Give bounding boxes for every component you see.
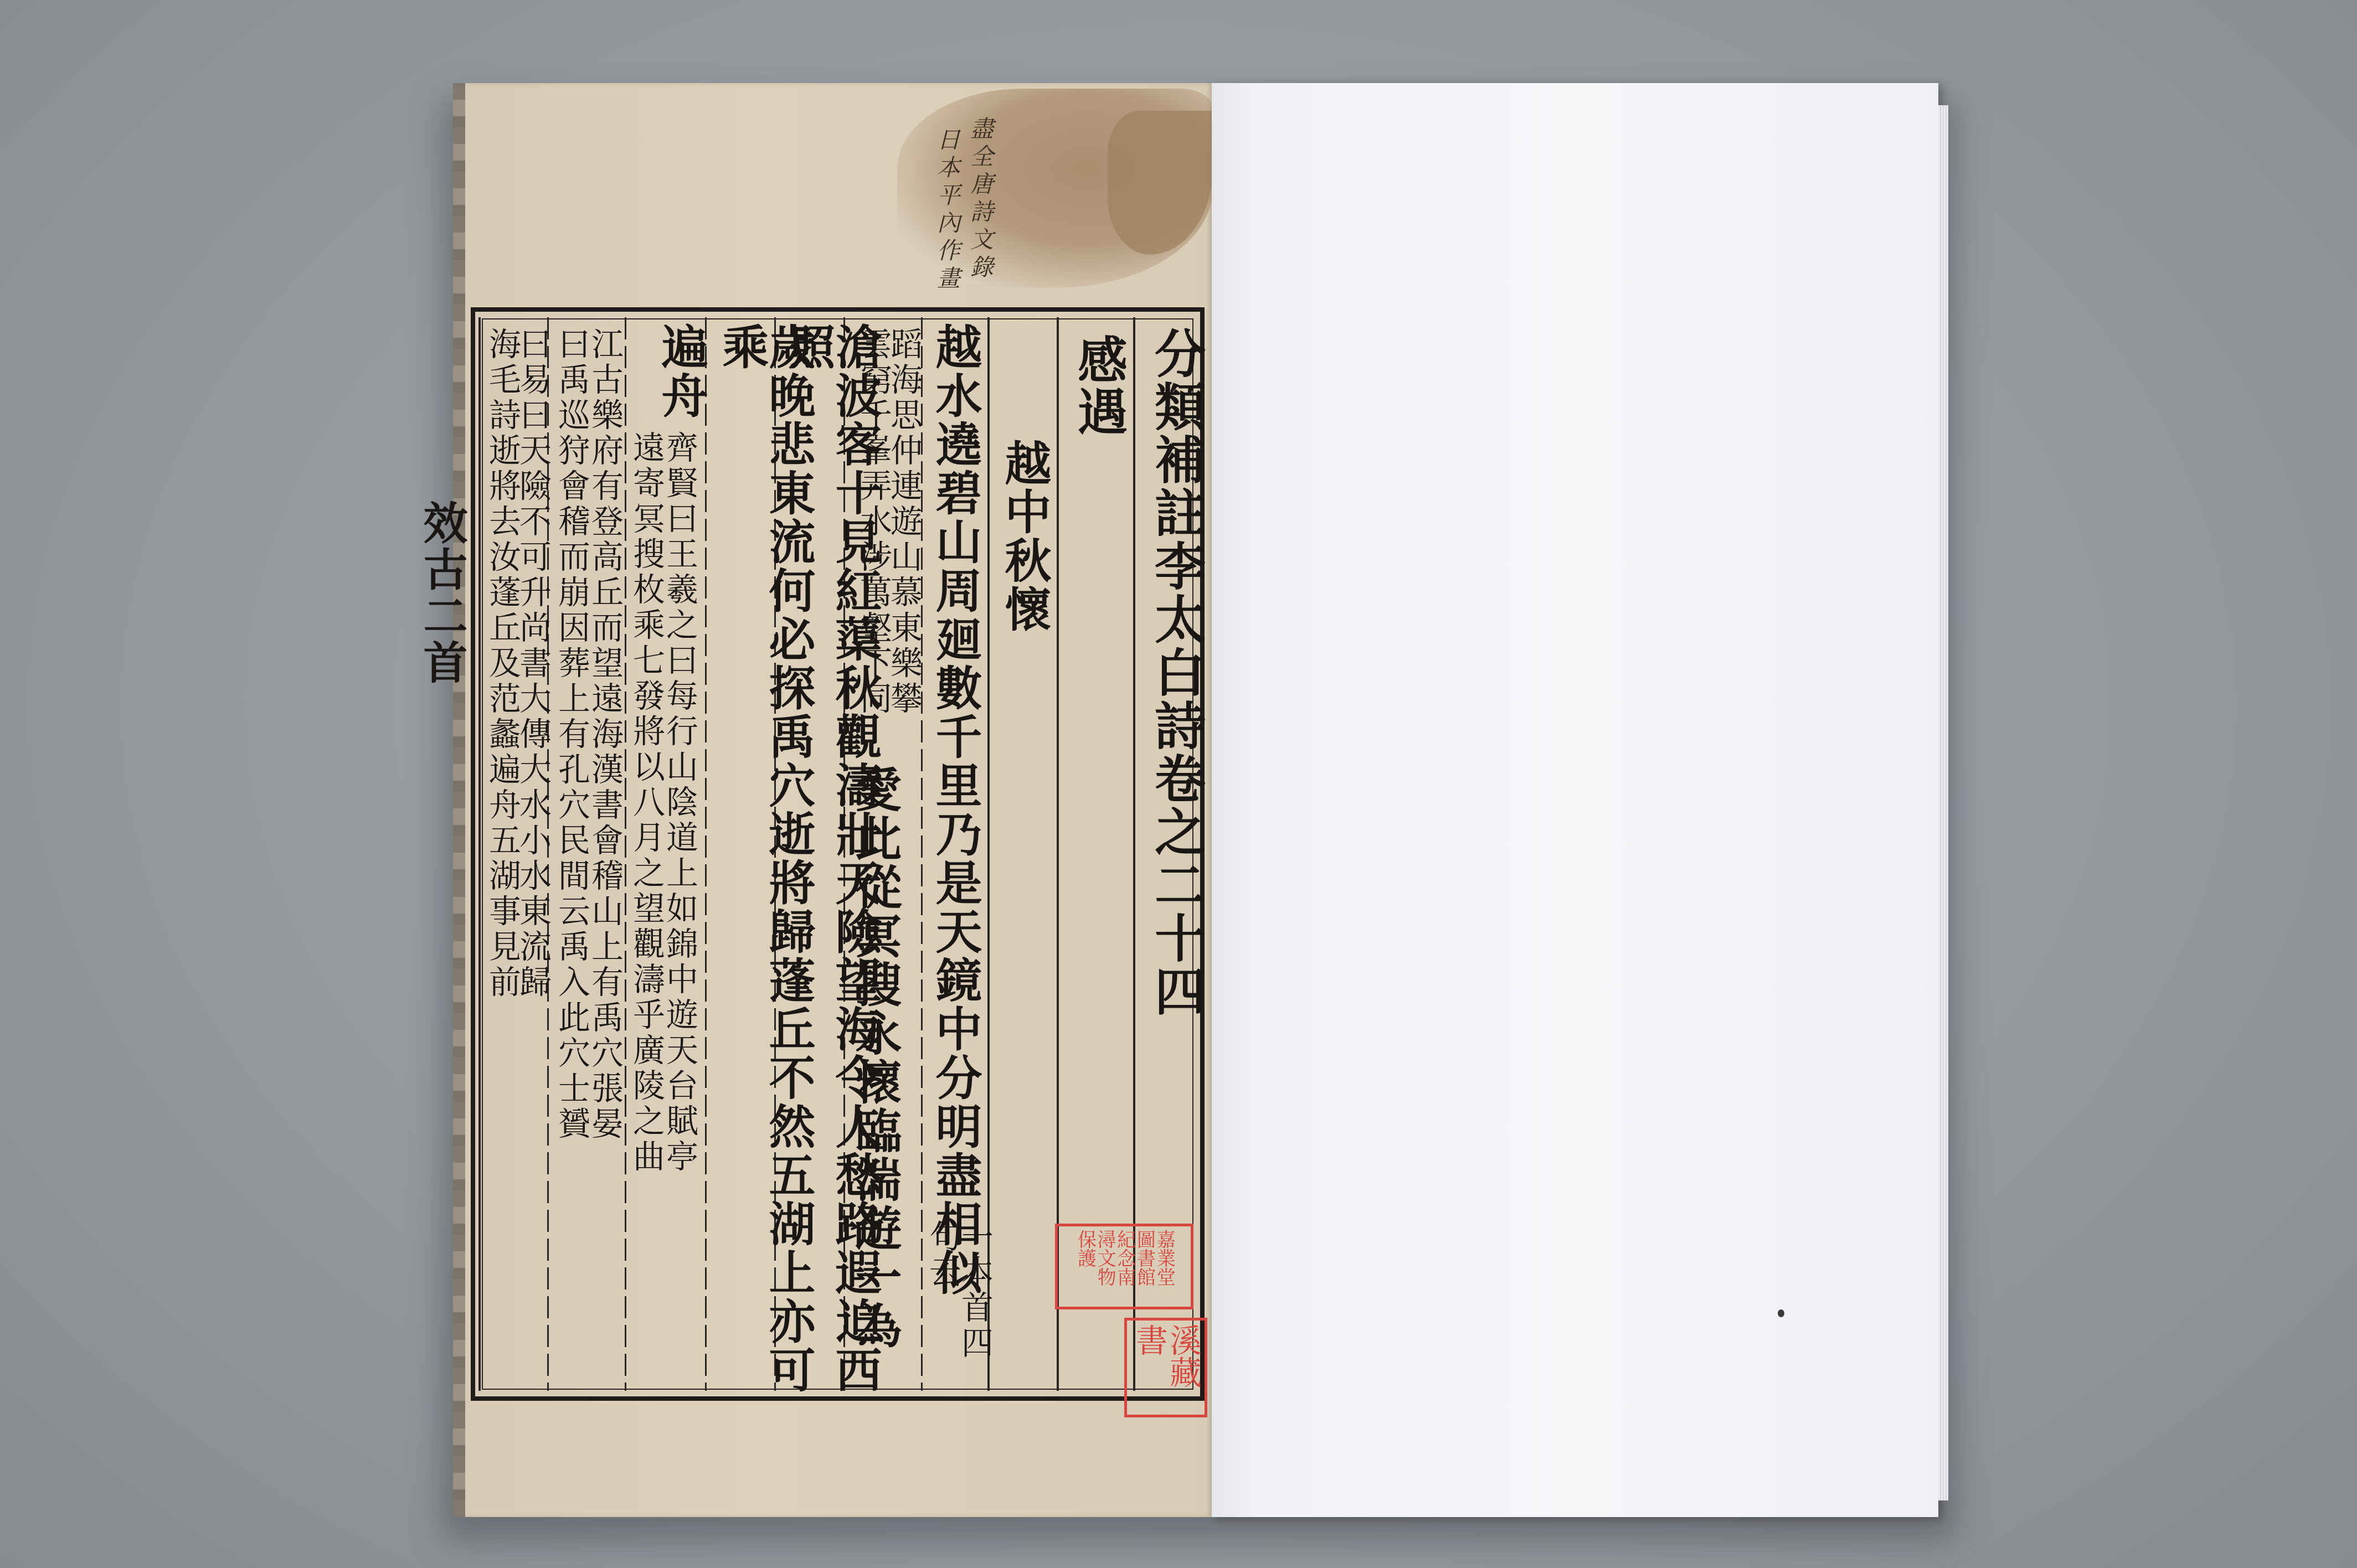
paper-speck xyxy=(1778,1309,1784,1317)
handwritten-note-line2: 日本平內作畫 xyxy=(930,127,964,293)
annotation: 齊賢曰王羲之曰每行山陰道上如錦中遊天台賦亭 xyxy=(663,431,696,1175)
column-rule xyxy=(705,317,707,1391)
handwritten-note-line1: 盡全唐詩文錄 xyxy=(964,116,997,282)
poem-line: 遍舟 xyxy=(658,323,704,420)
annotation: 遠寄冥搜枚乘七發將以八月之望觀濤乎廣陵之曲 xyxy=(630,431,662,1175)
poem-line: 歲晚悲東流何必探禹穴逝將歸蓬丘不然五湖上亦可乘 xyxy=(719,323,812,1396)
poem-title-1: 越中秋懷 xyxy=(1001,439,1048,634)
blank-right-page xyxy=(1212,83,1938,1517)
annotation: 江古樂府有登高丘而望遠海漢書會稽山上有禹穴張晏 xyxy=(589,327,621,1142)
collector-seal-square: 溪藏書 xyxy=(1124,1318,1207,1417)
collector-seal-rectangular: 嘉業堂圖書館紀念南潯文物保護 xyxy=(1055,1224,1193,1309)
column-rule xyxy=(478,317,481,1391)
poem-title-2: 效古二首 xyxy=(420,500,464,686)
column-rule xyxy=(625,317,626,1391)
annotation: 海毛詩逝將去汝蓬丘及范蠡遍舟五湖事見前 xyxy=(486,327,518,1000)
annotation: 曰易曰天險不可升尚書大傳大水小水東流歸 xyxy=(517,327,549,1000)
annotation: 蹈海思仲連遊山慕東樂攀 xyxy=(888,327,920,717)
annotation: 曰禹巡狩會稽而崩因葬上有孔穴民間云禹入此穴士贇 xyxy=(555,327,588,1142)
section-heading: 感遇 xyxy=(1073,334,1123,438)
page-stack-edge xyxy=(1938,105,1948,1500)
volume-title: 分類補註李太白詩卷之二十四 xyxy=(1151,327,1202,1018)
poem-line: 越水遶碧山周廻數千里乃是天鏡中分明盡相似 xyxy=(932,323,979,1297)
worn-left-edge xyxy=(453,83,465,1517)
annotation: 一本首四句云 xyxy=(927,1220,991,1396)
